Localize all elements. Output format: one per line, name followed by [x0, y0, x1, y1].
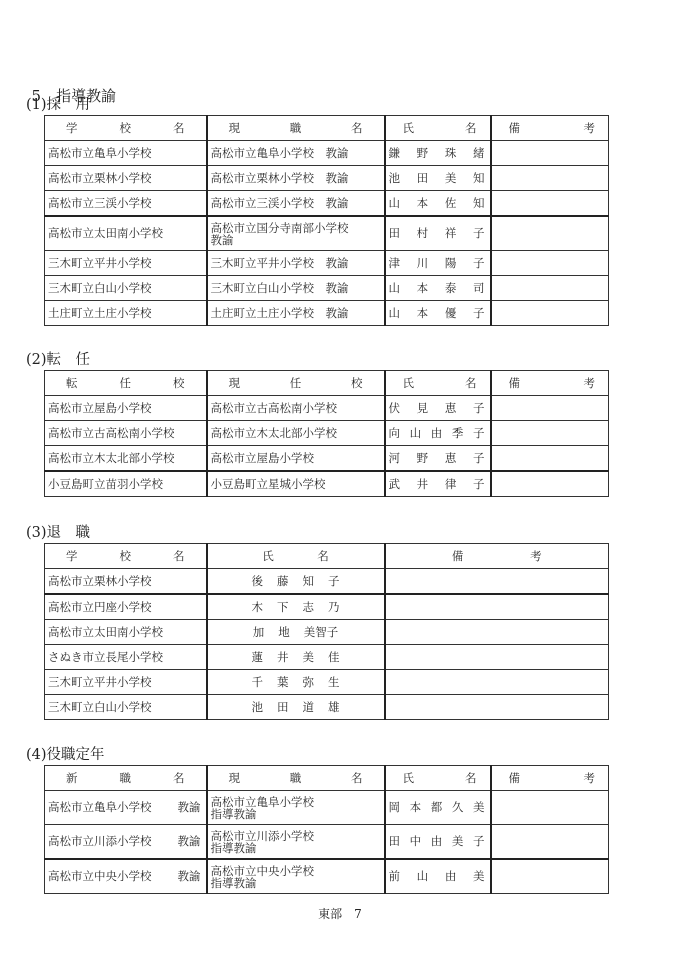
table-row: 高松市立三渓小学校高松市立三渓小学校 教諭山本佐知 [45, 191, 609, 217]
column-header-label: 新職名 [48, 772, 203, 785]
person-name: 田村祥子 [389, 227, 487, 240]
school-cell: 高松市立栗林小学校 [45, 166, 207, 191]
person-name: 蓮井美佳 [211, 651, 381, 664]
char: 職 [290, 772, 302, 785]
column-header-label: 備考 [495, 772, 606, 785]
char: 村 [417, 227, 429, 240]
current-position-cell: 土庄町立土庄小学校 教諭 [207, 301, 385, 326]
char: 本 [417, 307, 429, 320]
person-name: 伏見恵子 [389, 402, 487, 415]
char: 名 [465, 772, 477, 785]
note-cell [385, 594, 609, 620]
table-yakushoku: 新職名現職名氏名備考 高松市立亀阜小学校教諭高松市立亀阜小学校指導教諭岡本都久美… [44, 765, 609, 894]
person-name: 加地美智子 [211, 626, 381, 639]
column-header: 学校名 [45, 544, 207, 569]
school: 高松市立川添小学校 [48, 835, 152, 848]
subsection-title-yakushoku: (4)役職定年 [26, 743, 105, 764]
name-cell: 田中由美子 [385, 825, 491, 860]
char: 子 [473, 307, 485, 320]
char: 知 [473, 172, 485, 185]
new-position: 高松市立中央小学校教諭 [48, 870, 203, 883]
char: 井 [277, 651, 289, 664]
char: 下 [277, 601, 289, 614]
char: 中 [410, 835, 422, 848]
char: 恵 [445, 402, 457, 415]
subsection-title-tennin: (2)転 任 [26, 348, 90, 369]
person-name: 後藤知子 [211, 575, 381, 588]
char: 乃 [328, 601, 340, 614]
char: 志 [303, 601, 315, 614]
person-name: 千葉弥生 [211, 676, 381, 689]
column-header: 氏名 [385, 116, 491, 141]
name-cell: 千葉弥生 [207, 670, 385, 695]
person-name: 前山由美 [389, 870, 487, 883]
current-position-cell: 三木町立平井小学校 教諭 [207, 251, 385, 276]
name-cell: 前山由美 [385, 859, 491, 894]
char: 陽 [445, 257, 457, 270]
char: 氏 [262, 550, 274, 563]
char: 考 [584, 377, 596, 390]
current-school-cell: 高松市立屋島小学校 [207, 446, 385, 472]
note-cell [385, 620, 609, 645]
school-cell: 高松市立三渓小学校 [45, 191, 207, 217]
char: 子 [328, 575, 340, 588]
new-position: 高松市立亀阜小学校教諭 [48, 801, 203, 814]
transfer-to-cell: 高松市立木太北部小学校 [45, 446, 207, 472]
char: 校 [351, 377, 363, 390]
char: 校 [120, 122, 132, 135]
column-header-label: 氏名 [211, 550, 381, 563]
role: 教諭 [178, 835, 201, 848]
char: 校 [120, 550, 132, 563]
char: 名 [173, 772, 185, 785]
char: 校 [173, 377, 185, 390]
name-cell: 山本佐知 [385, 191, 491, 217]
char: 恵 [445, 452, 457, 465]
column-header: 現任校 [207, 371, 385, 396]
column-header-label: 転任校 [48, 377, 203, 390]
note-cell [491, 471, 609, 497]
column-header-label: 現任校 [211, 377, 381, 390]
current-school-cell: 小豆島町立星城小学校 [207, 471, 385, 497]
char: 学 [66, 122, 78, 135]
table-row: 高松市立亀阜小学校教諭高松市立亀阜小学校指導教諭岡本都久美 [45, 791, 609, 825]
char: 弥 [303, 676, 315, 689]
column-header-label: 学校名 [48, 550, 203, 563]
person-name: 津川陽子 [389, 257, 487, 270]
char: 向 [389, 427, 401, 440]
name-cell: 岡本都久美 [385, 791, 491, 825]
note-cell [491, 421, 609, 446]
column-header-label: 備考 [495, 122, 606, 135]
column-header: 氏名 [385, 371, 491, 396]
school-cell: 三木町立白山小学校 [45, 276, 207, 301]
school-cell: 高松市立栗林小学校 [45, 569, 207, 595]
char: 名 [173, 550, 185, 563]
char: 地 [278, 626, 290, 639]
char: 生 [328, 676, 340, 689]
column-header: 備考 [491, 766, 609, 791]
char: 河 [389, 452, 401, 465]
char: 前 [389, 870, 401, 883]
column-header: 氏名 [385, 766, 491, 791]
school-cell: 土庄町立土庄小学校 [45, 301, 207, 326]
char: 子 [473, 835, 485, 848]
char: 由 [431, 835, 443, 848]
char: 由 [445, 870, 457, 883]
table-header-row: 学校名氏名備考 [45, 544, 609, 569]
char: 任 [120, 377, 132, 390]
char: 千 [252, 676, 264, 689]
new-position-cell: 高松市立川添小学校教諭 [45, 825, 207, 860]
char: 後 [252, 575, 264, 588]
school: 高松市立中央小学校 [48, 870, 152, 883]
name-cell: 鎌野珠緒 [385, 141, 491, 166]
char: 優 [445, 307, 457, 320]
column-header-label: 現職名 [211, 122, 381, 135]
table-row: 高松市立栗林小学校後藤知子 [45, 569, 609, 595]
char: 山 [410, 427, 422, 440]
char: 珠 [445, 147, 457, 160]
name-cell: 木下志乃 [207, 594, 385, 620]
school-cell: 高松市立亀阜小学校 [45, 141, 207, 166]
role: 教諭 [178, 870, 201, 883]
name-cell: 池田美知 [385, 166, 491, 191]
char: 佐 [445, 197, 457, 210]
name-cell: 山本泰司 [385, 276, 491, 301]
subsection-title-taishoku: (3)退 職 [26, 521, 90, 542]
char: 見 [417, 402, 429, 415]
note-cell [385, 670, 609, 695]
note-cell [491, 859, 609, 894]
note-cell [385, 695, 609, 720]
char: 祥 [445, 227, 457, 240]
school-cell: 高松市立太田南小学校 [45, 216, 207, 251]
char: 雄 [328, 701, 340, 714]
table-row: 土庄町立土庄小学校土庄町立土庄小学校 教諭山本優子 [45, 301, 609, 326]
char: 山 [389, 307, 401, 320]
char: 田 [389, 227, 401, 240]
column-header-label: 学校名 [48, 122, 203, 135]
column-header: 新職名 [45, 766, 207, 791]
char: 美智子 [304, 626, 339, 639]
char: 備 [452, 550, 464, 563]
note-cell [491, 251, 609, 276]
char: 野 [417, 147, 429, 160]
note-cell [491, 446, 609, 472]
char: 名 [351, 122, 363, 135]
column-header: 氏名 [207, 544, 385, 569]
char: 考 [530, 550, 542, 563]
char: 備 [509, 377, 521, 390]
note-cell [491, 396, 609, 421]
name-cell: 加地美智子 [207, 620, 385, 645]
table-row: 三木町立平井小学校三木町立平井小学校 教諭津川陽子 [45, 251, 609, 276]
char: 学 [66, 550, 78, 563]
table-row: 高松市立古高松南小学校高松市立木太北部小学校向山由季子 [45, 421, 609, 446]
char: 山 [389, 282, 401, 295]
char: 田 [277, 701, 289, 714]
school-cell: 三木町立白山小学校 [45, 695, 207, 720]
person-name: 岡本都久美 [389, 801, 487, 814]
char: 名 [317, 550, 329, 563]
char: 池 [252, 701, 264, 714]
char: 井 [417, 478, 429, 491]
current-position-cell: 高松市立亀阜小学校 教諭 [207, 141, 385, 166]
char: 現 [229, 772, 241, 785]
char: 氏 [403, 377, 415, 390]
column-header-label: 備考 [389, 550, 606, 563]
column-header-label: 氏名 [389, 772, 487, 785]
char: 道 [303, 701, 315, 714]
char: 泰 [445, 282, 457, 295]
note-cell [491, 141, 609, 166]
table-tennin: 転任校現任校氏名備考 高松市立屋島小学校高松市立古高松南小学校伏見恵子高松市立古… [44, 370, 609, 497]
new-position-cell: 高松市立中央小学校教諭 [45, 859, 207, 894]
current-position-cell: 高松市立国分寺南部小学校教諭 [207, 216, 385, 251]
name-cell: 田村祥子 [385, 216, 491, 251]
school-cell: 三木町立平井小学校 [45, 251, 207, 276]
subsection-title-saiyou: (1)採 用 [26, 93, 90, 114]
char: 子 [473, 427, 485, 440]
char: 佳 [328, 651, 340, 664]
char: 伏 [389, 402, 401, 415]
person-name: 山本優子 [389, 307, 487, 320]
char: 氏 [403, 772, 415, 785]
table-row: 高松市立中央小学校教諭高松市立中央小学校指導教諭前山由美 [45, 859, 609, 894]
note-cell [385, 569, 609, 595]
char: 本 [410, 801, 422, 814]
name-cell: 河野恵子 [385, 446, 491, 472]
char: 子 [473, 478, 485, 491]
char: 美 [445, 172, 457, 185]
char: 美 [303, 651, 315, 664]
name-cell: 向山由季子 [385, 421, 491, 446]
current-school-cell: 高松市立古高松南小学校 [207, 396, 385, 421]
char: 名 [465, 122, 477, 135]
note-cell [491, 276, 609, 301]
name-cell: 池田道雄 [207, 695, 385, 720]
char: 考 [584, 772, 596, 785]
char: 名 [173, 122, 185, 135]
char: 藤 [277, 575, 289, 588]
char: 現 [229, 122, 241, 135]
note-cell [491, 791, 609, 825]
note-cell [491, 825, 609, 860]
char: 山 [417, 870, 429, 883]
char: 緒 [473, 147, 485, 160]
school-cell: 高松市立円座小学校 [45, 594, 207, 620]
table-row: 高松市立川添小学校教諭高松市立川添小学校指導教諭田中由美子 [45, 825, 609, 860]
current-position-cell: 高松市立川添小学校指導教諭 [207, 825, 385, 860]
char: 新 [66, 772, 78, 785]
char: 司 [473, 282, 485, 295]
table-header-row: 転任校現任校氏名備考 [45, 371, 609, 396]
current-position-cell: 高松市立亀阜小学校指導教諭 [207, 791, 385, 825]
char: 由 [431, 427, 443, 440]
note-cell [491, 216, 609, 251]
name-cell: 津川陽子 [385, 251, 491, 276]
char: 本 [417, 282, 429, 295]
column-header-label: 現職名 [211, 772, 381, 785]
school-cell: さぬき市立長尾小学校 [45, 645, 207, 670]
char: 氏 [403, 122, 415, 135]
current-position-cell: 高松市立三渓小学校 教諭 [207, 191, 385, 217]
table-row: 高松市立栗林小学校高松市立栗林小学校 教諭池田美知 [45, 166, 609, 191]
table-row: 高松市立亀阜小学校高松市立亀阜小学校 教諭鎌野珠緒 [45, 141, 609, 166]
char: 美 [452, 835, 464, 848]
current-position-cell: 高松市立栗林小学校 教諭 [207, 166, 385, 191]
note-cell [385, 645, 609, 670]
char: 葉 [277, 676, 289, 689]
char: 子 [473, 227, 485, 240]
char: 川 [417, 257, 429, 270]
char: 田 [389, 835, 401, 848]
transfer-to-cell: 小豆島町立苗羽小学校 [45, 471, 207, 497]
char: 蓮 [252, 651, 264, 664]
new-position-cell: 高松市立亀阜小学校教諭 [45, 791, 207, 825]
char: 名 [351, 772, 363, 785]
name-cell: 山本優子 [385, 301, 491, 326]
column-header: 備考 [385, 544, 609, 569]
char: 現 [229, 377, 241, 390]
char: 池 [389, 172, 401, 185]
column-header-label: 氏名 [389, 377, 487, 390]
char: 考 [584, 122, 596, 135]
char: 備 [509, 122, 521, 135]
char: 田 [417, 172, 429, 185]
char: 岡 [389, 801, 401, 814]
column-header: 転任校 [45, 371, 207, 396]
transfer-to-cell: 高松市立屋島小学校 [45, 396, 207, 421]
table-row: 小豆島町立苗羽小学校小豆島町立星城小学校武井律子 [45, 471, 609, 497]
column-header: 学校名 [45, 116, 207, 141]
person-name: 河野恵子 [389, 452, 487, 465]
person-name: 田中由美子 [389, 835, 487, 848]
char: 子 [473, 257, 485, 270]
name-cell: 武井律子 [385, 471, 491, 497]
transfer-to-cell: 高松市立古高松南小学校 [45, 421, 207, 446]
char: 加 [253, 626, 265, 639]
column-header-label: 氏名 [389, 122, 487, 135]
char: 名 [465, 377, 477, 390]
char: 律 [445, 478, 457, 491]
school-cell: 三木町立平井小学校 [45, 670, 207, 695]
column-header: 備考 [491, 371, 609, 396]
column-header: 現職名 [207, 766, 385, 791]
current-position-cell: 高松市立中央小学校指導教諭 [207, 859, 385, 894]
table-header-row: 学校名現職名氏名備考 [45, 116, 609, 141]
current-school-cell: 高松市立木太北部小学校 [207, 421, 385, 446]
person-name: 向山由季子 [389, 427, 487, 440]
char: 備 [509, 772, 521, 785]
table-header-row: 新職名現職名氏名備考 [45, 766, 609, 791]
char: 美 [473, 801, 485, 814]
role: 教諭 [178, 801, 201, 814]
table-row: 三木町立平井小学校千葉弥生 [45, 670, 609, 695]
char: 子 [473, 402, 485, 415]
person-name: 山本佐知 [389, 197, 487, 210]
char: 知 [473, 197, 485, 210]
char: 鎌 [389, 147, 401, 160]
char: 本 [417, 197, 429, 210]
name-cell: 伏見恵子 [385, 396, 491, 421]
person-name: 鎌野珠緒 [389, 147, 487, 160]
school-cell: 高松市立太田南小学校 [45, 620, 207, 645]
note-cell [491, 191, 609, 217]
person-name: 武井律子 [389, 478, 487, 491]
char: 都 [431, 801, 443, 814]
char: 季 [452, 427, 464, 440]
char: 山 [389, 197, 401, 210]
char: 職 [290, 122, 302, 135]
person-name: 山本泰司 [389, 282, 487, 295]
table-row: 高松市立屋島小学校高松市立古高松南小学校伏見恵子 [45, 396, 609, 421]
column-header-label: 備考 [495, 377, 606, 390]
char: 職 [120, 772, 132, 785]
char: 武 [389, 478, 401, 491]
person-name: 池田道雄 [211, 701, 381, 714]
char: 津 [389, 257, 401, 270]
table-row: 高松市立円座小学校木下志乃 [45, 594, 609, 620]
table-row: 三木町立白山小学校三木町立白山小学校 教諭山本泰司 [45, 276, 609, 301]
name-cell: 後藤知子 [207, 569, 385, 595]
new-position: 高松市立川添小学校教諭 [48, 835, 203, 848]
char: 野 [417, 452, 429, 465]
name-cell: 蓮井美佳 [207, 645, 385, 670]
column-header: 現職名 [207, 116, 385, 141]
table-row: 三木町立白山小学校池田道雄 [45, 695, 609, 720]
person-name: 木下志乃 [211, 601, 381, 614]
char: 転 [66, 377, 78, 390]
char: 任 [290, 377, 302, 390]
char: 美 [473, 870, 485, 883]
char: 子 [473, 452, 485, 465]
current-position-cell: 三木町立白山小学校 教諭 [207, 276, 385, 301]
table-row: 高松市立太田南小学校高松市立国分寺南部小学校教諭田村祥子 [45, 216, 609, 251]
page-number: 東部 7 [0, 905, 680, 922]
note-cell [491, 166, 609, 191]
school: 高松市立亀阜小学校 [48, 801, 152, 814]
char: 木 [252, 601, 264, 614]
char: 知 [303, 575, 315, 588]
person-name: 池田美知 [389, 172, 487, 185]
table-taishoku: 学校名氏名備考 高松市立栗林小学校後藤知子高松市立円座小学校木下志乃高松市立太田… [44, 543, 609, 720]
table-row: さぬき市立長尾小学校蓮井美佳 [45, 645, 609, 670]
table-row: 高松市立木太北部小学校高松市立屋島小学校河野恵子 [45, 446, 609, 472]
char: 久 [452, 801, 464, 814]
table-row: 高松市立太田南小学校加地美智子 [45, 620, 609, 645]
column-header: 備考 [491, 116, 609, 141]
table-saiyou: 学校名現職名氏名備考 高松市立亀阜小学校高松市立亀阜小学校 教諭鎌野珠緒高松市立… [44, 115, 609, 326]
note-cell [491, 301, 609, 326]
